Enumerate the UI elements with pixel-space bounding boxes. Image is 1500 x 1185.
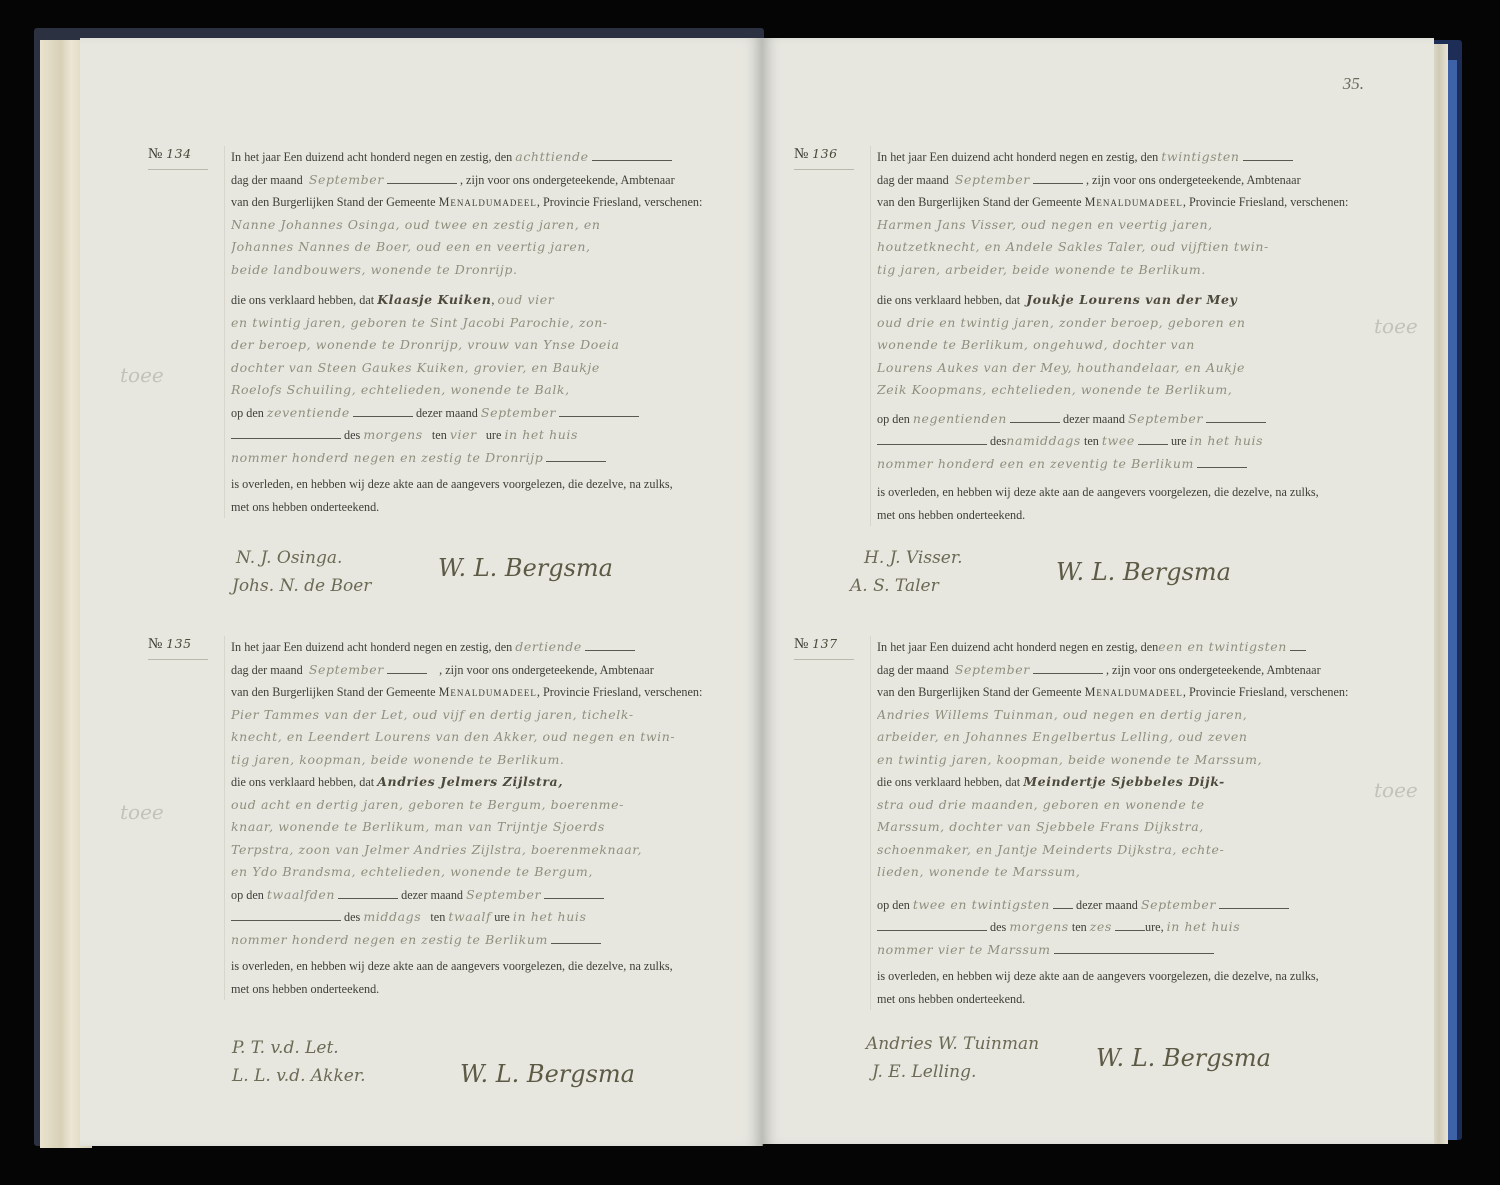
right-page: 35. toee toee № 136 In het jaar Een duiz… [762, 38, 1434, 1144]
declarant-signature: L. L. v.d. Akker. [232, 1066, 365, 1086]
handwritten-month: September [309, 172, 384, 187]
register-entry-137: № 137 In het jaar Een duizend acht honde… [794, 636, 1394, 1116]
entry-body: In het jaar Een duizend acht honderd neg… [224, 146, 723, 518]
declarant-signature: P. T. v.d. Let. [232, 1038, 339, 1058]
entry-number: № 135 [148, 636, 208, 660]
deceased-name: Andries Jelmers Zijlstra, [377, 774, 563, 789]
entry-body: In het jaar Een duizend acht honderd neg… [870, 146, 1369, 526]
left-page: toee toee № 134 In het jaar Een duizend … [80, 38, 762, 1146]
folio-number: 35. [1343, 74, 1364, 94]
book-spine-edge [1447, 60, 1457, 1140]
entry-body: In het jaar Een duizend acht honderd neg… [870, 636, 1369, 1010]
official-signature: W. L. Bergsma [1096, 1044, 1271, 1072]
declarant-signature: H. J. Visser. [864, 548, 963, 568]
declarant-signature: Johs. N. de Boer [232, 576, 371, 596]
declarant-signature: N. J. Osinga. [236, 548, 342, 568]
declarant-line: Nanne Johannes Osinga, oud twee en zesti… [231, 214, 723, 237]
official-signature: W. L. Bergsma [438, 554, 613, 582]
handwritten-day: achttiende [515, 149, 588, 164]
entry-number: № 136 [794, 146, 854, 170]
declarant-line: beide landbouwers, wonende te Dronrijp. [231, 259, 723, 282]
entry-number: № 137 [794, 636, 854, 660]
declarant-signature: J. E. Lelling. [872, 1062, 976, 1082]
register-entry-135: № 135 In het jaar Een duizend acht honde… [148, 636, 748, 1116]
deceased-name: Klaasje Kuiken [377, 292, 491, 307]
entry-body: In het jaar Een duizend acht honderd neg… [224, 636, 723, 1000]
entry-number: № 134 [148, 146, 208, 170]
declarant-signature: Andries W. Tuinman [866, 1034, 1039, 1054]
official-signature: W. L. Bergsma [460, 1060, 635, 1088]
deceased-name: Joukje Lourens van der Mey [1026, 292, 1237, 307]
official-signature: W. L. Bergsma [1056, 558, 1231, 586]
deceased-name: Meindertje Sjebbeles Dijk- [1023, 774, 1225, 789]
register-entry-134: № 134 In het jaar Een duizend acht honde… [148, 146, 748, 626]
line-opening: In het jaar Een duizend acht honderd neg… [231, 146, 723, 169]
declarant-signature: A. S. Taler [850, 576, 939, 596]
register-entry-136: № 136 In het jaar Een duizend acht honde… [794, 146, 1394, 626]
declarant-line: Johannes Nannes de Boer, oud een en veer… [231, 236, 723, 259]
